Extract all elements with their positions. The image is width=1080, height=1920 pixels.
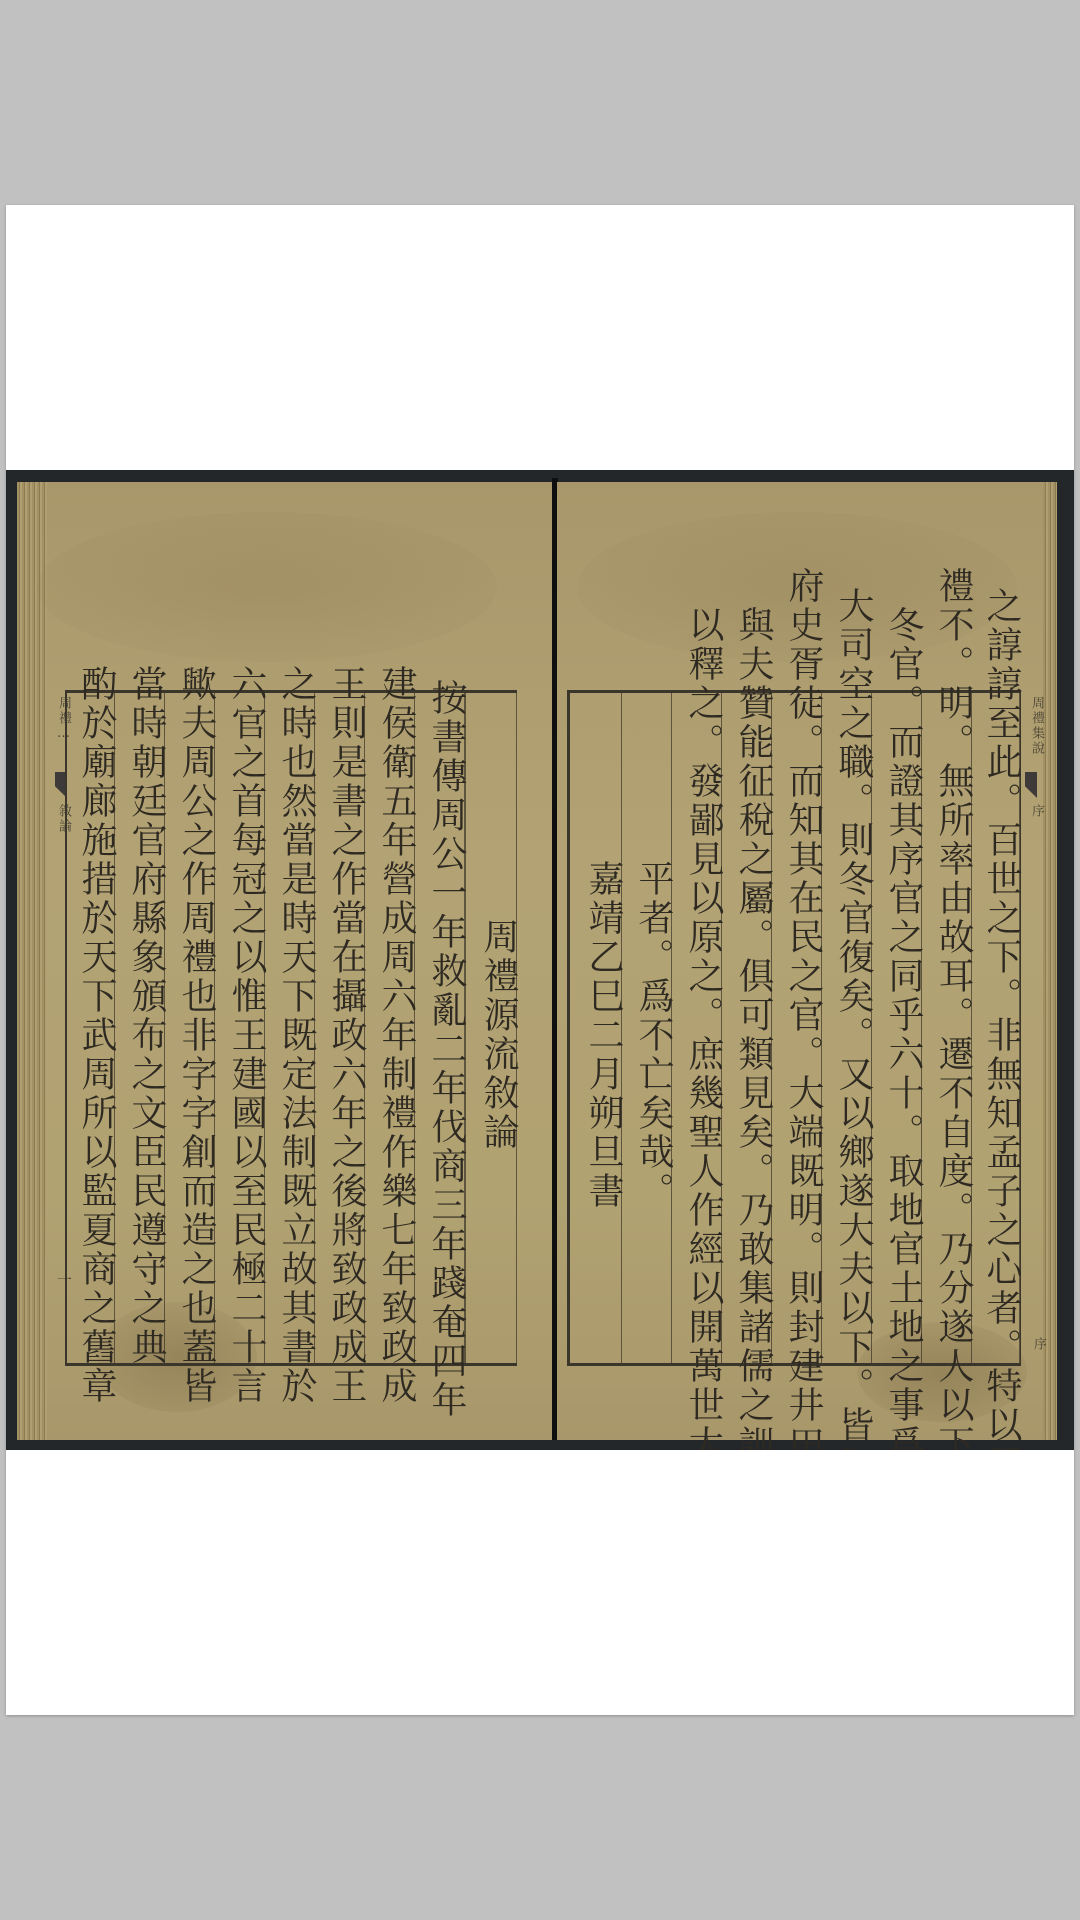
right-page: 之諄諄至此。百世之下。非無知孟子之心者。特以周 禮不。明。無所率由故耳。遷不自度… — [557, 482, 1057, 1440]
text-column: 之諄諄至此。百世之下。非無知孟子之心者。特以周 — [972, 693, 1020, 1363]
right-margin-title: 周禮集說 — [1027, 696, 1046, 756]
text-column: 六官之首每冠之以惟王建國以至民極二十言 — [215, 693, 265, 1363]
text-column: 當時朝廷官府縣象頒布之文臣民遵守之典𭅍 — [115, 693, 165, 1363]
right-text-frame: 之諄諄至此。百世之下。非無知孟子之心者。特以周 禮不。明。無所率由故耳。遷不自度… — [567, 690, 1021, 1366]
date-colophon-column: 嘉靖乙巳二月朔旦書 — [570, 693, 622, 1363]
page-stack-edge — [1043, 482, 1057, 1440]
right-page-marker: 序 — [1029, 1337, 1048, 1352]
text-column: 以釋之。發鄙見以原之。庶幾聖人作經以開萬世太 — [672, 693, 722, 1363]
text-column-title: 周禮源流敘論 — [465, 693, 517, 1363]
text-column: 建侯衛五年營成周六年制禮作樂七年致政成 — [365, 693, 415, 1363]
page-stack-edge — [17, 482, 47, 1440]
fishtail-mark-icon — [1025, 772, 1037, 798]
text-column: 府史胥徒。而知其在民之官。大端既明。則封建井田。 — [772, 693, 822, 1363]
text-column: 大司空之職。則冬官復矣。又以鄉遂大夫以下。皆無 — [822, 693, 872, 1363]
text-column: 王則是書之作當在攝政六年之後將致政成王 — [315, 693, 365, 1363]
left-text-frame: 周禮源流敘論 按書傳周公一年救亂二年伐商三年踐奄四年 建侯衛五年營成周六年制禮作… — [65, 690, 517, 1366]
paper-discoloration — [37, 512, 497, 662]
text-column: 平者。爲不亡矣哉。 — [622, 693, 672, 1363]
left-page: 周禮… 敘論 一 周禮源流敘論 按書傳周公一年救亂二年伐商三年踐奄四年 建侯衛五… — [17, 482, 553, 1440]
text-column: 禮不。明。無所率由故耳。遷不自度。乃分遂人以下爲 — [922, 693, 972, 1363]
text-column: 按書傳周公一年救亂二年伐商三年踐奄四年 — [415, 693, 465, 1363]
text-column: 之時也然當是時天下既定法制既立故其書於 — [265, 693, 315, 1363]
right-margin-section: 序 — [1027, 804, 1046, 819]
text-column: 冬官。而證其序官之同乎六十。取地官土地之事爲 — [872, 693, 922, 1363]
book-scan-image: 周禮… 敘論 一 周禮源流敘論 按書傳周公一年救亂二年伐商三年踐奄四年 建侯衛五… — [6, 470, 1074, 1450]
text-column: 酌於廟廊施措於天下武周所以監夏商之舊章 — [67, 693, 115, 1363]
text-column: 與夫贊能征稅之屬。俱可類見矣。乃敢集諸儒之訓 — [722, 693, 772, 1363]
text-column: 歟夫周公之作周禮也非字字創而造之也蓋皆 — [165, 693, 215, 1363]
